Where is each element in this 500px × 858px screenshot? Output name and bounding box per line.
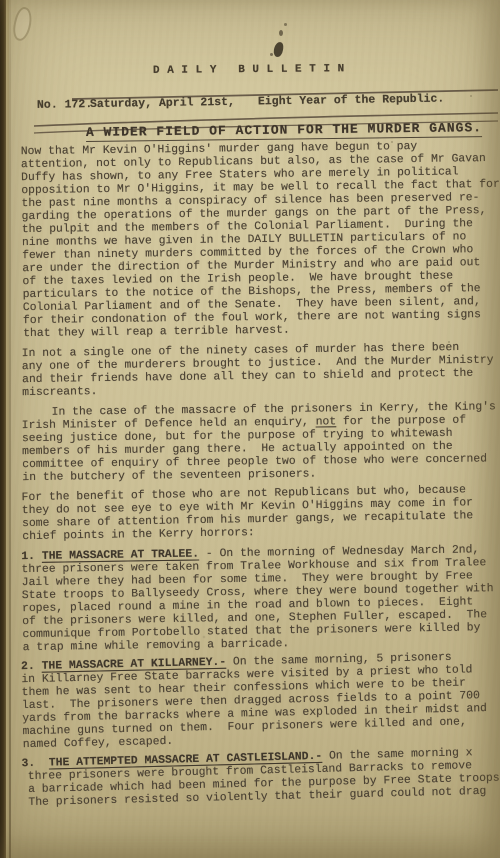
item-3-castleisland: 3. THE ATTEMPTED MASSACRE AT CASTLEISLAN… xyxy=(21,746,500,810)
issue-date: Saturday, April 21st, xyxy=(90,96,235,111)
item-1-tralee: 1. THE MASSACRE AT TRALEE. - On the morn… xyxy=(21,544,500,655)
issue-year: Eight Year of the Republic. xyxy=(258,92,445,108)
paragraph-2: In not a single one of the ninety cases … xyxy=(22,341,500,400)
paper-crease xyxy=(9,0,11,858)
item-2-killarney: 2. THE MASSACRE AT KILLARNEY.- On the sa… xyxy=(21,650,500,752)
item-2-lines: in Killarney Free State barracks were vi… xyxy=(21,663,500,752)
document-body: Now that Mr Kevin O'Higgins' murder gang… xyxy=(22,146,500,816)
item-number: 2. xyxy=(21,661,42,673)
line-segment: for the purpose of xyxy=(336,415,466,429)
item-title: THE MASSACRE AT TRALEE. xyxy=(42,548,199,562)
issue-number: No. 172. xyxy=(37,98,92,112)
item-number: 3. xyxy=(21,758,49,771)
paragraph-3-continuation: seeing justice done, but for the purpose… xyxy=(22,427,500,485)
paragraph-4: For the benefit of those who are not Rep… xyxy=(22,484,500,545)
paragraph-3: In the case of the massacre of the priso… xyxy=(22,401,500,485)
item-number: 1. xyxy=(21,551,42,563)
item-1-lines: three prisoners were taken from Tralee W… xyxy=(21,557,500,655)
document-page: D A I L Y B U L L E T I N No. 172. Satur… xyxy=(0,0,500,858)
paragraph-1: Now that Mr Kevin O'Higgins' murder gang… xyxy=(21,140,500,341)
underlined-word: not xyxy=(316,416,337,428)
ruled-lines xyxy=(0,0,500,140)
